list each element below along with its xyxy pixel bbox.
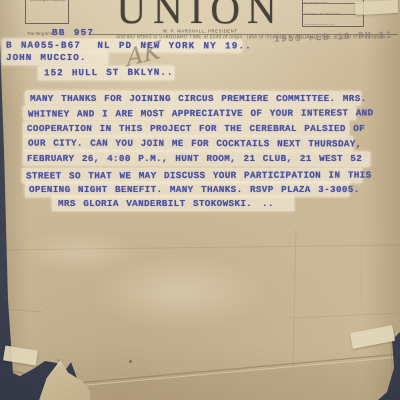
ink-speck (129, 360, 132, 363)
message-line: OUR CITY. CAN YOU JOIN ME FOR COCKTAILS … (28, 138, 362, 150)
message-line: MANY THANKS FOR JOINING CIRCUS PREMIERE … (30, 93, 367, 104)
message-line: WHITNEY AND I ARE MOST APPRECIATIVE OF Y… (28, 107, 374, 119)
symbol-intl-letter-telegram: LT=Int'l Letter Telegram (303, 13, 362, 14)
signature-line: MRS GLORIA VANDERBILT STOKOWSKI. (58, 198, 252, 209)
symbols-row: VLT=Int'l Victory Ltr. (303, 14, 363, 25)
class-of-service-text: character is indicated by a suitable sym… (26, 0, 69, 4)
class-of-service-box: character is indicated by a suitable sym… (25, 0, 69, 24)
filing-time-label-text: The filing time (27, 32, 53, 36)
recipient-line: JOHN MUCCIO. (6, 52, 86, 63)
telegram-paper: UNION W. P. MARSHALL, PRESIDENT characte… (0, 0, 400, 400)
tape-top-right-piece (355, 0, 399, 15)
symbol-night-letter: NL=Night Letter (303, 2, 362, 3)
address-line: 152 HULL ST BKLYN.. (44, 67, 174, 79)
photo-background: UNION W. P. MARSHALL, PRESIDENT characte… (0, 0, 400, 400)
signature-end-marks: .. (262, 198, 274, 209)
message-line: OPENING NIGHT BENEFIT. MANY THANKS. RSVP… (29, 184, 360, 195)
message-line: COOPERATION IN THIS PROJECT FOR THE CERE… (27, 123, 365, 134)
symbol-intl-victory-ltr: VLT=Int'l Victory Ltr. (303, 24, 362, 25)
message-line: FEBRUARY 26, 4:00 P.M., HUNT ROOM, 21 CL… (27, 153, 362, 164)
message-line: STREET SO THAT WE MAY DISCUSS YOUR PARTI… (26, 170, 372, 182)
serial-number: BB 957 (52, 27, 94, 38)
